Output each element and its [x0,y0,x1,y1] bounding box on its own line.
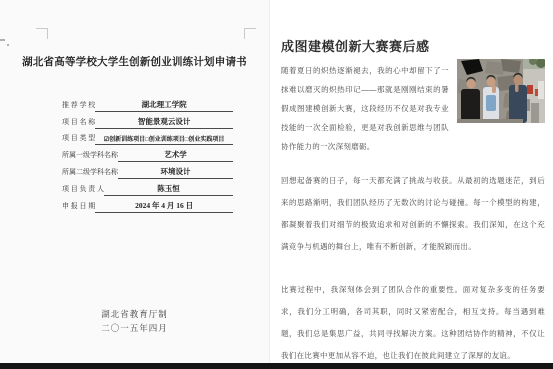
form-fields: 推 荐 学 校 湖北理工学院 项 目 名 称 智能景观云设计 项 目 类 型 ☑… [62,95,233,213]
footer-issuer: 湖北省教育厅制 [0,307,269,321]
form-row-leader: 项 目 负 责 人 陈玉恒 [62,179,233,196]
field-label: 所属二级学科名称 [62,167,118,179]
field-value: 环境设计 [118,166,233,179]
field-value: 智能景观云设计 [95,116,233,129]
form-row-discipline-1: 所属一级学科名称 艺术学 [62,145,233,162]
form-row-discipline-2: 所属二级学科名称 环境设计 [62,162,233,179]
field-value: 2024 年 4 月 16 日 [95,200,233,213]
form-row-school: 推 荐 学 校 湖北理工学院 [62,95,233,112]
document-canvas: 湖北省高等学校大学生创新创业训练计划申请书 推 荐 学 校 湖北理工学院 项 目… [0,0,553,369]
field-value: 艺术学 [118,149,233,162]
essay-page: 成图建模创新大赛赛后感 随着夏日的炽热逐渐褪去，我的心中却留下了一抹难以磨灭的炽… [270,0,553,363]
essay-title: 成图建模创新大赛赛后感 [281,36,545,55]
edge-dot-mark [7,44,9,46]
essay-paragraph-1: 随着夏日的炽热逐渐褪去，我的心中却留下了一抹难以磨灭的炽热印记——那就是刚刚结束… [281,61,449,156]
edge-smudge-mark [0,39,5,41]
footer-date: 二〇一五年四月 [0,321,269,335]
field-value: 湖北理工学院 [95,99,233,112]
field-label: 项 目 类 型 [62,133,95,145]
essay-paragraph-3: 比赛过程中，我深刻体会到了团队合作的重要性。面对复杂多变的任务要求，我们分工明确… [281,279,545,367]
form-title: 湖北省高等学校大学生创新创业训练计划申请书 [0,54,269,69]
bottom-divider-bar [0,363,553,369]
form-footer: 湖北省教育厅制 二〇一五年四月 [0,307,269,335]
essay-paragraph-2: 回想起备赛的日子，每一天都充满了挑战与收获。从最初的选题迷茫，到后来的思路渐明，… [281,170,545,258]
margin-crop-mark-left-icon [36,28,48,39]
field-label: 申 报 日 期 [62,201,95,213]
team-photo-illustration [457,59,545,123]
field-label: 项 目 负 责 人 [62,184,104,196]
field-label: 项 目 名 称 [62,117,95,129]
field-label: 推 荐 学 校 [62,100,95,112]
form-row-project-name: 项 目 名 称 智能景观云设计 [62,112,233,129]
field-value-checkboxes: ☑创新训练项目□创业训练项目□创业实践项目 [95,134,233,145]
margin-crop-mark-right-icon [244,28,256,39]
form-row-project-type: 项 目 类 型 ☑创新训练项目□创业训练项目□创业实践项目 [62,129,233,146]
application-form-page: 湖北省高等学校大学生创新创业训练计划申请书 推 荐 学 校 湖北理工学院 项 目… [0,0,270,363]
field-label: 所属一级学科名称 [62,150,118,162]
field-value: 陈玉恒 [104,183,233,196]
form-row-date: 申 报 日 期 2024 年 4 月 16 日 [62,196,233,213]
team-photo [457,59,545,123]
